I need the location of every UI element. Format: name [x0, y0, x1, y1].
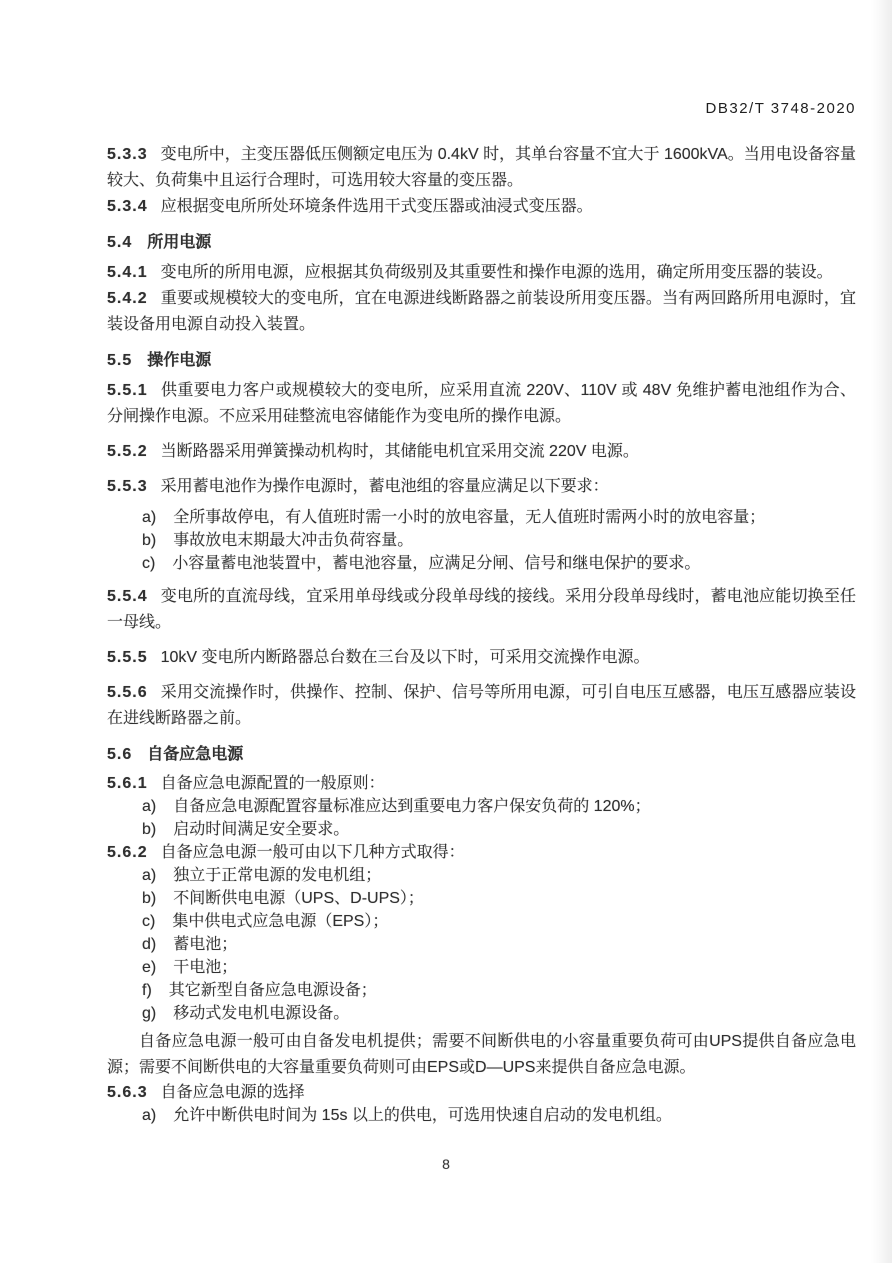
list-item: a)全所事故停电，有人值班时需一小时的放电容量，无人值班时需两小时的放电容量； — [107, 506, 856, 529]
block-text: 自备应急电源配置的一般原则： — [161, 775, 385, 792]
clause: 5.5.3采用蓄电池作为操作电源时，蓄电池组的容量应满足以下要求： — [107, 474, 856, 500]
block-text: 10kV 变电所内断路器总台数在三台及以下时，可采用交流操作电源。 — [161, 649, 650, 666]
doc-number-header: DB32/T 3748-2020 — [107, 100, 856, 118]
clause-number: 5.4.2 — [107, 290, 148, 307]
list-marker: c) — [142, 913, 155, 930]
clause-number: 5.4 — [107, 234, 132, 251]
block-text: 变电所的所用电源，应根据其负荷级别及其重要性和操作电源的选用，确定所用变压器的装… — [161, 264, 833, 281]
clause-number: 5.6.1 — [107, 775, 148, 792]
list-item: b)事故放电末期最大冲击负荷容量。 — [107, 529, 856, 552]
clause: 5.6.1自备应急电源配置的一般原则： — [107, 772, 856, 795]
block-text: 变电所中，主变压器低压侧额定电压为 0.4kV 时，其单台容量不宜大于 1600… — [107, 146, 856, 189]
clause: 5.6.2自备应急电源一般可由以下几种方式取得： — [107, 841, 856, 864]
list-marker: a) — [142, 798, 156, 815]
list-marker: e) — [142, 959, 156, 976]
list-marker: b) — [142, 821, 156, 838]
block-text: 操作电源 — [147, 352, 211, 369]
block-text: 蓄电池； — [173, 936, 237, 953]
clause-number: 5.6.2 — [107, 844, 148, 861]
list-item: g)移动式发电机电源设备。 — [107, 1002, 856, 1025]
block-text: 干电池； — [173, 959, 237, 976]
clause-number: 5.3.4 — [107, 198, 148, 215]
block-text: 当断路器采用弹簧操动机构时，其储能电机宜采用交流 220V 电源。 — [161, 443, 639, 460]
section-heading: 5.6自备应急电源 — [107, 744, 856, 766]
block-text: 允许中断供电时间为 15s 以上的供电，可选用快速自启动的发电机组。 — [173, 1107, 672, 1124]
list-item: a)自备应急电源配置容量标准应达到重要电力客户保安负荷的 120%； — [107, 795, 856, 818]
block-text: 自备应急电源 — [147, 746, 243, 763]
list-item: f)其它新型自备应急电源设备； — [107, 979, 856, 1002]
block-text: 全所事故停电，有人值班时需一小时的放电容量，无人值班时需两小时的放电容量； — [173, 509, 765, 526]
clause-number: 5.5.5 — [107, 649, 148, 666]
clause: 5.3.3变电所中，主变压器低压侧额定电压为 0.4kV 时，其单台容量不宜大于… — [107, 142, 856, 194]
clause: 5.4.2重要或规模较大的变电所，宜在电源进线断路器之前装设所用变压器。当有两回… — [107, 286, 856, 338]
clause: 5.3.4应根据变电所所处环境条件选用干式变压器或油浸式变压器。 — [107, 194, 856, 220]
block-text: 自备应急电源配置容量标准应达到重要电力客户保安负荷的 120%； — [173, 798, 650, 815]
block-text: 所用电源 — [147, 234, 211, 251]
clause-number: 5.5.3 — [107, 478, 148, 495]
block-text: 重要或规模较大的变电所，宜在电源进线断路器之前装设所用变压器。当有两回路所用电源… — [107, 290, 856, 333]
clause: 5.4.1变电所的所用电源，应根据其负荷级别及其重要性和操作电源的选用，确定所用… — [107, 260, 856, 286]
list-item: e)干电池； — [107, 956, 856, 979]
clause-number: 5.5.4 — [107, 588, 148, 605]
block-text: 独立于正常电源的发电机组； — [173, 867, 381, 884]
clause: 5.5.510kV 变电所内断路器总台数在三台及以下时，可采用交流操作电源。 — [107, 645, 856, 671]
document-body: 5.3.3变电所中，主变压器低压侧额定电压为 0.4kV 时，其单台容量不宜大于… — [107, 142, 856, 1127]
clause: 5.5.6采用交流操作时，供操作、控制、保护、信号等所用电源，可引自电压互感器，… — [107, 680, 856, 732]
clause: 5.6.3自备应急电源的选择 — [107, 1081, 856, 1104]
block-text: 自备应急电源一般可由自备发电机提供；需要不间断供电的小容量重要负荷可由UPS提供… — [107, 1033, 856, 1076]
list-marker: a) — [142, 1107, 156, 1124]
section-heading: 5.5操作电源 — [107, 350, 856, 372]
clause: 5.5.4变电所的直流母线，宜采用单母线或分段单母线的接线。采用分段单母线时，蓄… — [107, 584, 856, 636]
clause-number: 5.4.1 — [107, 264, 148, 281]
list-marker: f) — [142, 982, 152, 999]
block-text: 移动式发电机电源设备。 — [173, 1005, 349, 1022]
clause: 5.5.1供重要电力客户或规模较大的变电所，应采用直流 220V、110V 或 … — [107, 378, 856, 430]
block-text: 不间断供电电源（UPS、D-UPS）； — [173, 890, 424, 907]
list-item: d)蓄电池； — [107, 933, 856, 956]
list-marker: b) — [142, 890, 156, 907]
block-text: 小容量蓄电池装置中，蓄电池容量，应满足分闸、信号和继电保护的要求。 — [172, 555, 700, 572]
clause-number: 5.6 — [107, 746, 132, 763]
list-item: b)启动时间满足安全要求。 — [107, 818, 856, 841]
document-page: DB32/T 3748-2020 5.3.3变电所中，主变压器低压侧额定电压为 … — [0, 0, 892, 1263]
clause: 5.5.2当断路器采用弹簧操动机构时，其储能电机宜采用交流 220V 电源。 — [107, 439, 856, 465]
block-text: 采用交流操作时，供操作、控制、保护、信号等所用电源，可引自电压互感器，电压互感器… — [107, 684, 856, 727]
block-text: 集中供电式应急电源（EPS）； — [172, 913, 388, 930]
block-text: 自备应急电源一般可由以下几种方式取得： — [161, 844, 465, 861]
paragraph: 自备应急电源一般可由自备发电机提供；需要不间断供电的小容量重要负荷可由UPS提供… — [107, 1029, 856, 1081]
list-marker: g) — [142, 1005, 156, 1022]
block-text: 变电所的直流母线，宜采用单母线或分段单母线的接线。采用分段单母线时，蓄电池应能切… — [107, 588, 856, 631]
block-text: 应根据变电所所处环境条件选用干式变压器或油浸式变压器。 — [161, 198, 593, 215]
page-content: DB32/T 3748-2020 5.3.3变电所中，主变压器低压侧额定电压为 … — [0, 0, 892, 1127]
block-text: 自备应急电源的选择 — [161, 1084, 305, 1101]
section-heading: 5.4所用电源 — [107, 232, 856, 254]
block-text: 启动时间满足安全要求。 — [173, 821, 349, 838]
list-item: a)允许中断供电时间为 15s 以上的供电，可选用快速自启动的发电机组。 — [107, 1104, 856, 1127]
clause-number: 5.5 — [107, 352, 132, 369]
clause-number: 5.6.3 — [107, 1084, 148, 1101]
page-number: 8 — [0, 1156, 892, 1172]
clause-number: 5.5.2 — [107, 443, 148, 460]
block-text: 事故放电末期最大冲击负荷容量。 — [173, 532, 413, 549]
list-marker: d) — [142, 936, 156, 953]
list-marker: b) — [142, 532, 156, 549]
block-text: 其它新型自备应急电源设备； — [169, 982, 377, 999]
list-item: c)集中供电式应急电源（EPS）； — [107, 910, 856, 933]
list-marker: c) — [142, 555, 155, 572]
block-text: 供重要电力客户或规模较大的变电所，应采用直流 220V、110V 或 48V 免… — [107, 382, 856, 425]
list-item: a)独立于正常电源的发电机组； — [107, 864, 856, 887]
block-text: 采用蓄电池作为操作电源时，蓄电池组的容量应满足以下要求： — [161, 478, 609, 495]
clause-number: 5.5.1 — [107, 382, 148, 399]
list-marker: a) — [142, 867, 156, 884]
clause-number: 5.5.6 — [107, 684, 148, 701]
list-item: b)不间断供电电源（UPS、D-UPS）； — [107, 887, 856, 910]
list-marker: a) — [142, 509, 156, 526]
list-item: c)小容量蓄电池装置中，蓄电池容量，应满足分闸、信号和继电保护的要求。 — [107, 552, 856, 575]
clause-number: 5.3.3 — [107, 146, 148, 163]
